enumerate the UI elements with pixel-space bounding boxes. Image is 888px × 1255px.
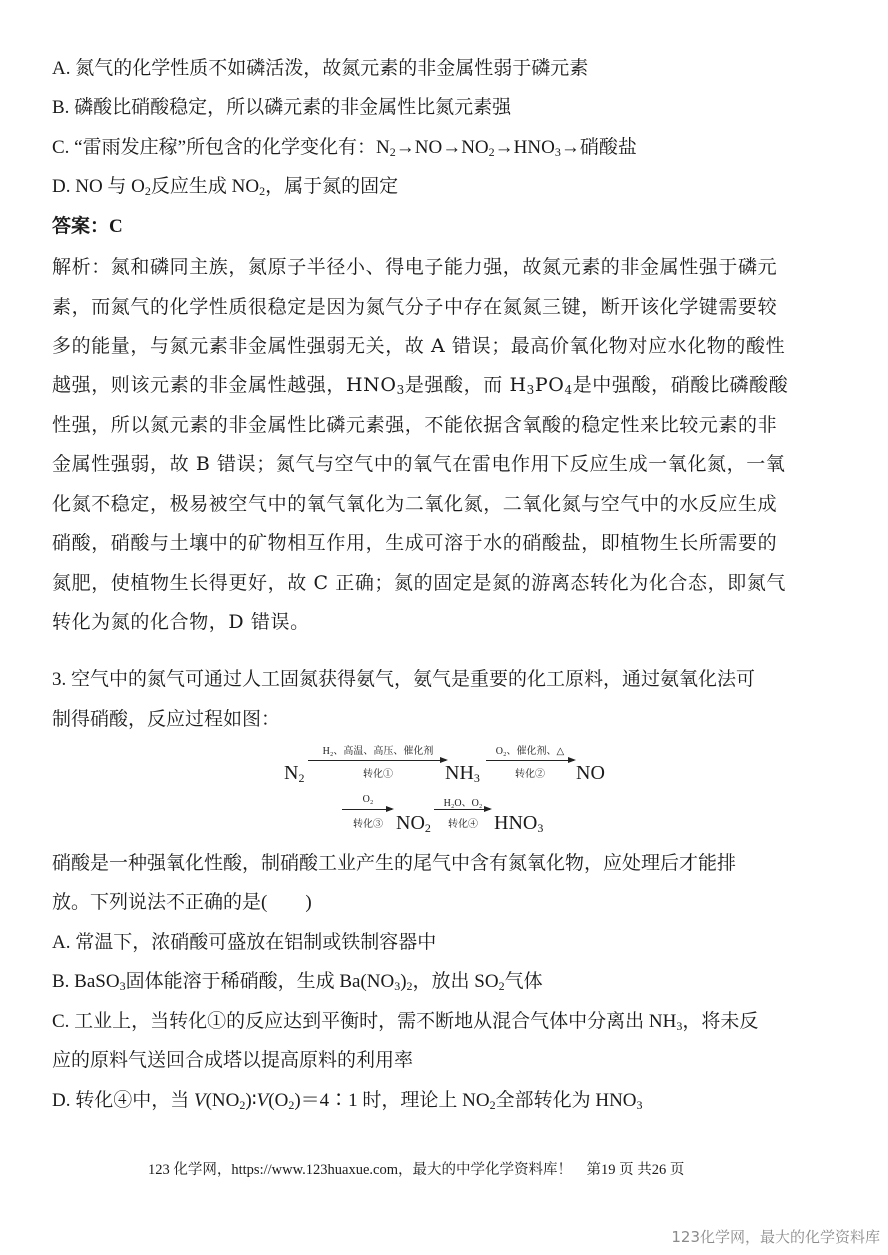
reaction-pathway-diagram: N2 H₂、高温、高压、催化剂 转化① NH3 O₂、催化剂、△ 转化② NO …: [280, 740, 620, 840]
text: C. 工业上，当转化①的反应达到平衡时，需不断地从混合气体中分离出 NH: [52, 1011, 676, 1032]
question3-stem-line-2: 制得硝酸，反应过程如图：: [52, 708, 842, 732]
question3-stem-line-4: 放。下列说法不正确的是( ): [52, 891, 842, 915]
text: ，属于氮的固定: [265, 176, 398, 197]
q3-option-c-line-1: C. 工业上，当转化①的反应达到平衡时，需不断地从混合气体中分离出 NH3，将未…: [52, 1010, 842, 1034]
species-nh3: NH3: [445, 762, 480, 785]
text: D. 转化④中，当: [52, 1090, 194, 1111]
subscript: 3: [527, 383, 535, 397]
volume-symbol: V: [194, 1090, 206, 1111]
text: PO: [535, 374, 565, 396]
document-page: A. 氮气的化学性质不如磷活泼，故氮元素的非金属性弱于磷元素 B. 磷酸比硝酸稳…: [0, 0, 888, 1255]
text: 全部转化为 HNO: [496, 1090, 637, 1111]
text: 反应生成 NO: [151, 176, 259, 197]
option-b: B. 磷酸比硝酸稳定，所以磷元素的非金属性比氮元素强: [52, 96, 842, 120]
text: →硝酸盐: [561, 137, 637, 158]
subscript: 3: [637, 1098, 643, 1112]
text: C. “雷雨发庄稼”所包含的化学变化有：N: [52, 137, 390, 158]
text: ，放出 SO: [413, 971, 499, 992]
analysis-line-6: 金属性强弱，故 B 错误；氮气与空气中的氧气在雷电作用下反应生成一氧化氮，一氧: [52, 452, 842, 476]
condition-below-3: 转化③: [342, 815, 394, 830]
species-no2: NO2: [396, 812, 431, 835]
watermark: 123化学网，最大的化学资料库: [671, 1226, 880, 1247]
q3-option-a: A. 常温下，浓硝酸可盛放在铝制或铁制容器中: [52, 931, 842, 955]
analysis-line-2: 素，而氮气的化学性质很稳定是因为氮气分子中存在氮氮三键，断开该化学键需要较: [52, 295, 842, 319]
condition-above-3: O₂: [342, 794, 394, 805]
text: (O: [268, 1090, 288, 1111]
question3-stem-line-1: 3. 空气中的氮气可通过人工固氮获得氨气，氨气是重要的化工原料，通过氨氧化法可: [52, 668, 842, 692]
arrow-4-icon: [434, 809, 490, 810]
analysis-line-8: 硝酸，硝酸与土壤中的矿物相互作用，生成可溶于水的硝酸盐，即植物生长所需要的: [52, 531, 842, 555]
q3-option-d: D. 转化④中，当 V(NO2)∶V(O2)＝4∶1 时，理论上 NO2全部转化…: [52, 1089, 842, 1113]
species-hno3: HNO3: [494, 812, 543, 835]
analysis-line-1: 解析：氮和磷同主族，氮原子半径小、得电子能力强，故氮元素的非金属性强于磷元: [52, 255, 842, 279]
text: 是强酸，而 H: [405, 374, 527, 396]
text: 固体能溶于稀硝酸，生成 Ba(NO: [126, 971, 395, 992]
arrow-2-icon: [486, 760, 574, 761]
option-d: D. NO 与 O2反应生成 NO2，属于氮的固定: [52, 175, 842, 199]
option-a: A. 氮气的化学性质不如磷活泼，故氮元素的非金属性弱于磷元素: [52, 57, 842, 81]
question3-stem-line-3: 硝酸是一种强氧化性酸，制硝酸工业产生的尾气中含有氮氧化物，应处理后才能排: [52, 852, 842, 876]
species-n2: N2: [284, 762, 304, 785]
condition-below-2: 转化②: [485, 765, 575, 780]
species-no: NO: [576, 762, 605, 785]
analysis-line-7: 化氮不稳定，极易被空气中的氧气氧化为二氧化氮，二氧化氮与空气中的水反应生成: [52, 492, 842, 516]
text: B. BaSO: [52, 971, 120, 992]
text: (NO: [206, 1090, 240, 1111]
answer-value: C: [109, 216, 123, 237]
text: 是中强酸，硝酸比磷酸酸: [573, 374, 789, 396]
q3-option-c-line-2: 应的原料气送回合成塔以提高原料的利用率: [52, 1049, 842, 1073]
analysis-line-9: 氮肥，使植物生长得更好，故 C 正确；氮的固定是氮的游离态转化为化合态，即氮气: [52, 571, 842, 595]
analysis-line-5: 性强，所以氮元素的非金属性比磷元素强，不能依据含氧酸的稳定性来比较元素的非: [52, 413, 842, 437]
analysis-line-10: 转化为氮的化合物，D 错误。: [52, 610, 842, 634]
condition-above-2: O₂、催化剂、△: [485, 742, 575, 757]
analysis-line-4: 越强，则该元素的非金属性越强，HNO3是强酸，而 H3PO4是中强酸，硝酸比磷酸…: [52, 373, 842, 397]
condition-below-1: 转化①: [308, 765, 448, 780]
arrow-1-icon: [308, 760, 446, 761]
answer: 答案：C: [52, 215, 842, 239]
text: 气体: [505, 971, 543, 992]
q3-option-b: B. BaSO3固体能溶于稀硝酸，生成 Ba(NO3)2，放出 SO2气体: [52, 970, 842, 994]
condition-above-1: H₂、高温、高压、催化剂: [308, 742, 448, 757]
answer-label: 答案：: [52, 216, 109, 237]
text: →HNO: [495, 137, 555, 158]
page-footer: 123 化学网，https://www.123huaxue.com，最大的中学化…: [148, 1158, 684, 1179]
text: →NO→NO: [396, 137, 489, 158]
option-c: C. “雷雨发庄稼”所包含的化学变化有：N2→NO→NO2→HNO3→硝酸盐: [52, 136, 842, 160]
analysis-line-3: 多的能量，与氮元素非金属性强弱无关，故 A 错误；最高价氧化物对应水化物的酸性: [52, 334, 842, 358]
condition-below-4: 转化④: [433, 815, 493, 830]
text: ，将未反: [682, 1011, 758, 1032]
volume-symbol: V: [257, 1090, 269, 1111]
text: 越强，则该元素的非金属性越强，HNO: [52, 374, 397, 396]
subscript: 3: [397, 383, 405, 397]
arrow-3-icon: [342, 809, 392, 810]
subscript: 4: [564, 383, 572, 397]
text: )＝4∶1 时，理论上 NO: [294, 1090, 489, 1111]
text: )∶: [245, 1090, 256, 1111]
text: D. NO 与 O: [52, 176, 145, 197]
